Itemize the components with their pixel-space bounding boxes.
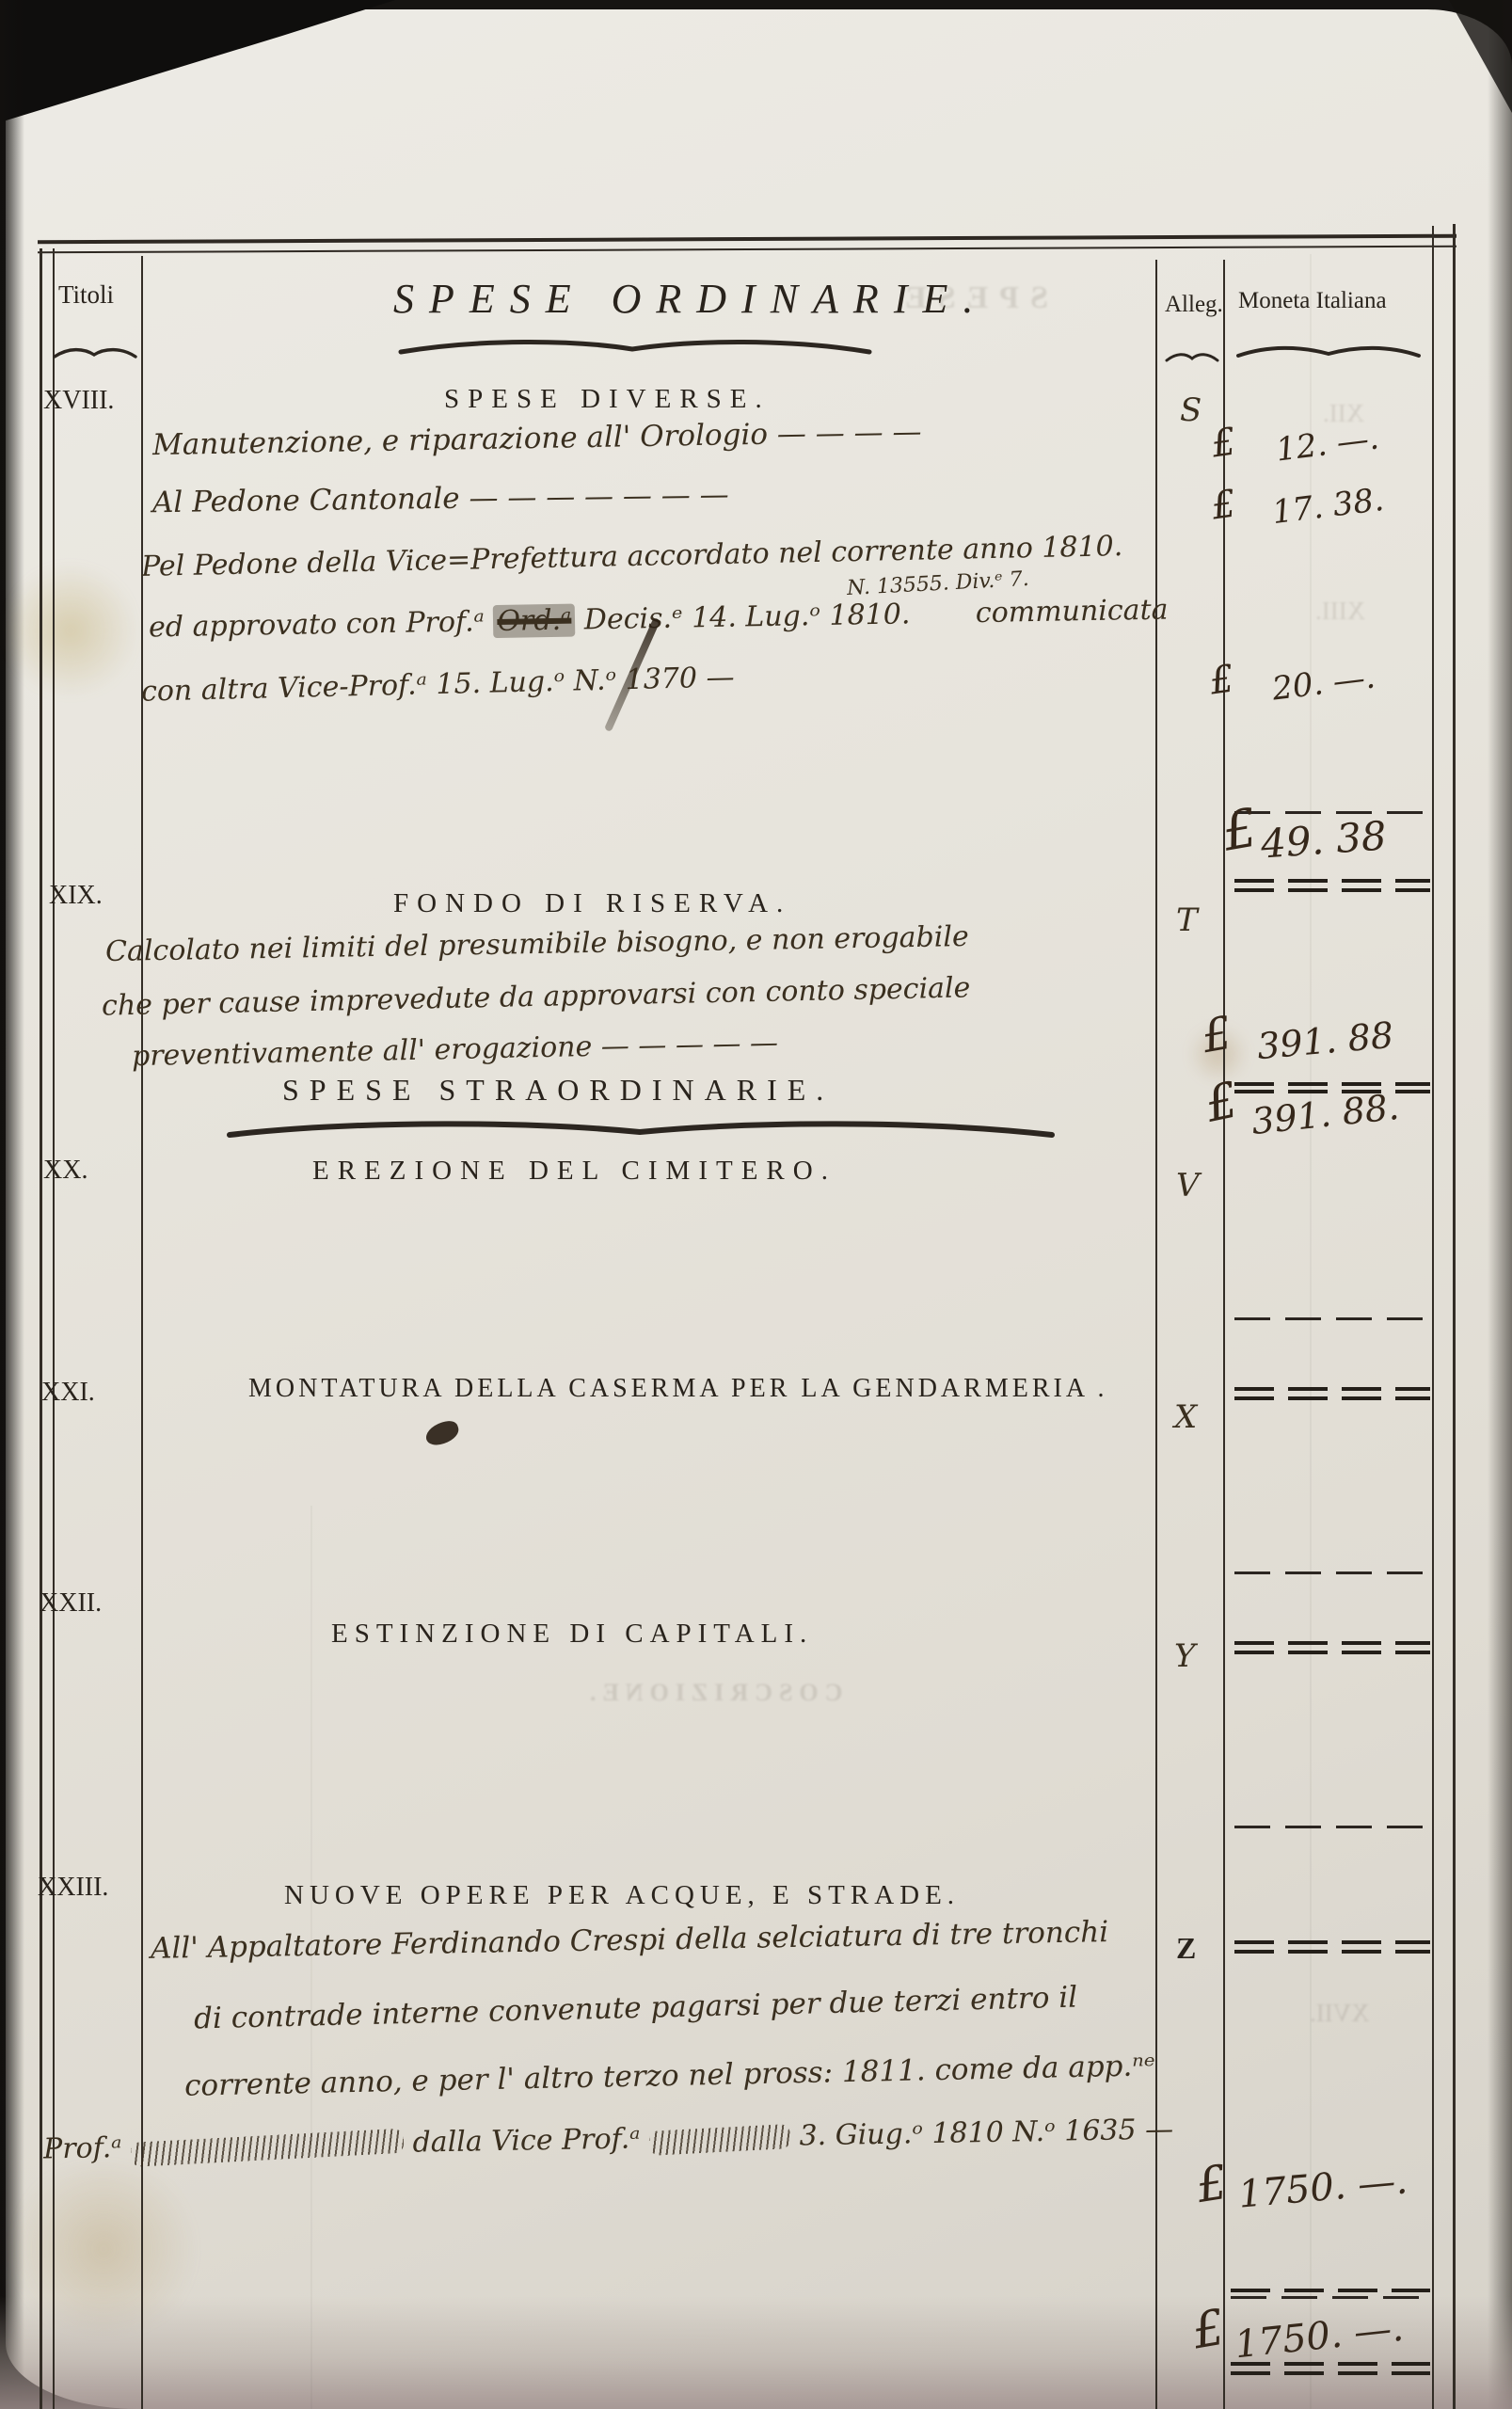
table-border-right-inner	[1432, 226, 1434, 2409]
bleedthrough-roman: XVII.	[1310, 1999, 1370, 2028]
entry-text: Decis.ᵉ 14. Lug.ᵒ 1810.	[584, 598, 911, 636]
rule-above-subtotal	[1234, 811, 1430, 814]
scan-edge-left	[0, 0, 24, 2409]
rule-below-grand-total	[1231, 2362, 1430, 2366]
entry-text: 3. Giug.ᵒ 1810 N.ᵒ 1635 —	[799, 2114, 1173, 2153]
titolo-xxi: XXI.	[41, 1378, 95, 1408]
rule-above-total	[1234, 1082, 1430, 1086]
closing-rule	[1234, 1651, 1430, 1654]
table-border-left-inner	[53, 248, 55, 2409]
entry-text: Prof.ᵃ	[43, 2131, 122, 2165]
banner-spese-straordinarie: SPESE STRAORDINARIE.	[282, 1073, 834, 1108]
subtotal-value: 49. 38	[1259, 812, 1388, 867]
section-heading-fondo: FONDO DI RISERVA.	[393, 888, 791, 919]
brace-icon	[395, 335, 875, 359]
rule-above-grand-total	[1231, 2296, 1430, 2299]
column-header-alleg: Alleg.	[1165, 292, 1223, 318]
alleg-letter-y: Y	[1174, 1637, 1195, 1675]
paper-stain	[0, 565, 141, 696]
column-line-alleg-right	[1223, 260, 1225, 2409]
column-header-currency: Moneta Italiana	[1238, 288, 1387, 314]
placeholder-rule	[1234, 1317, 1430, 1320]
entry-text: dalla Vice Prof.ᵃ	[412, 2122, 641, 2159]
table-border-left-outer	[40, 248, 42, 2409]
rule-below-subtotal	[1234, 879, 1430, 883]
rule-below-grand-total	[1231, 2371, 1430, 2375]
section-heading-estinzione: ESTINZIONE DI CAPITALI.	[331, 1619, 813, 1650]
closing-rule	[1234, 1950, 1430, 1954]
titolo-xix: XIX.	[49, 881, 103, 911]
section-heading-spese-diverse: SPESE DIVERSE.	[444, 384, 771, 415]
bleedthrough-roman: XII.	[1323, 399, 1364, 428]
brace-icon	[222, 1116, 1059, 1144]
entry-text: ed approvato con Prof.ᵃ	[149, 605, 485, 644]
placeholder-rule	[1234, 1826, 1430, 1828]
alleg-letter-x: X	[1174, 1398, 1197, 1436]
bleedthrough-coscrizione: COSCRIZIONE.	[583, 1679, 842, 1707]
rule-below-subtotal	[1234, 888, 1430, 892]
closing-rule	[1234, 1396, 1430, 1400]
column-header-titoli: Titoli	[58, 280, 114, 310]
section-heading-erezione: EREZIONE DEL CIMITERO.	[312, 1156, 836, 1187]
rule-above-grand-total	[1231, 2289, 1430, 2292]
paper-sheet	[6, 9, 1512, 2409]
titolo-xviii: XVIII.	[43, 386, 114, 416]
closing-rule	[1234, 1387, 1430, 1391]
paper-crease	[1310, 254, 1312, 2409]
brace-icon	[1165, 350, 1219, 364]
bleedthrough-roman: XIII.	[1315, 597, 1365, 626]
titolo-xxiii: XXIII.	[38, 1873, 108, 1903]
entry-text: communicata	[976, 594, 1169, 630]
alleg-letter-v: V	[1176, 1167, 1200, 1204]
bleedthrough-title: SPESE	[894, 280, 1048, 316]
section-heading-nuove-opere: NUOVE OPERE PER ACQUE, E STRADE.	[284, 1880, 960, 1911]
table-border-right-outer	[1453, 224, 1456, 2409]
struck-word: Ord.ᵃ	[493, 604, 576, 639]
titolo-xxii: XXII.	[40, 1588, 102, 1619]
alleg-letter-t: T	[1176, 901, 1198, 939]
placeholder-rule	[1234, 1571, 1430, 1574]
section-heading-montatura: MONTATURA DELLA CASERMA PER LA GENDARMER…	[248, 1374, 1108, 1404]
alleg-letter-z: Z	[1176, 1931, 1196, 1966]
scan-edge-right	[1488, 0, 1512, 2409]
ink-scribble	[648, 2124, 790, 2156]
alleg-letter-s: S	[1180, 391, 1202, 429]
column-line-alleg-left	[1155, 260, 1157, 2409]
closing-rule	[1234, 1641, 1430, 1645]
brace-icon	[1234, 343, 1423, 361]
titolo-xx: XX.	[43, 1156, 88, 1186]
brace-icon	[52, 344, 138, 361]
closing-rule	[1234, 1940, 1430, 1944]
